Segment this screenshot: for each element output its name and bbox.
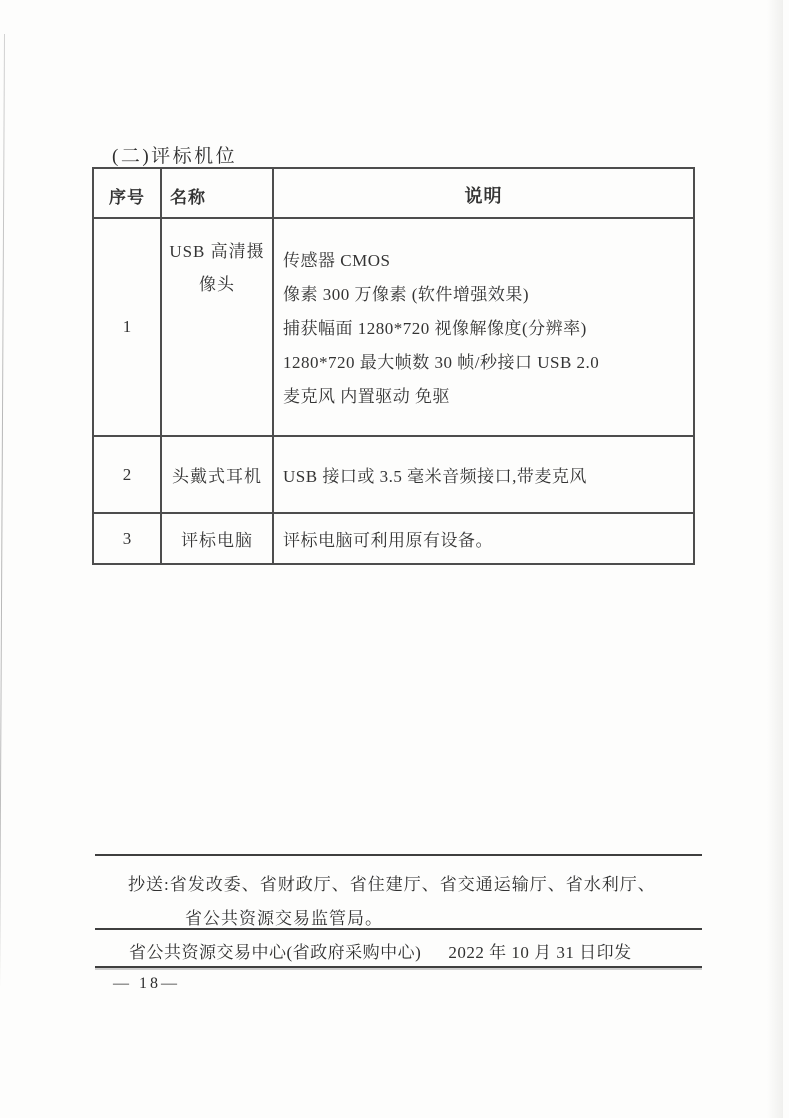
issue-line: 省公共资源交易中心(省政府采购中心) 2022 年 10 月 31 日印发 [129,938,689,963]
table-row: 1 USB 高清摄 像头 传感器 CMOS 像素 300 万像素 (软件增强效果… [93,218,694,436]
row1-desc-line4: 1280*720 最大帧数 30 帧/秒接口 USB 2.0 [283,346,693,380]
cc-line-1: 抄送:省发改委、省财政厅、省住建厅、省交通运输厅、省水利厅、 [128,870,656,895]
document-page: (二)评标机位 序号 名称 说明 1 USB 高清摄 像头 传感器 CMOS 像… [0,0,789,1118]
row1-desc: 传感器 CMOS 像素 300 万像素 (软件增强效果) 捕获幅面 1280*7… [273,218,694,436]
row3-name: 评标电脑 [161,513,273,564]
row1-name-line2: 像头 [162,268,272,301]
section-heading: (二)评标机位 [112,141,237,168]
page-number: — 18— [113,975,180,993]
row3-no: 3 [93,513,161,564]
cc-line-2: 省公共资源交易监管局。 [185,904,383,929]
row1-desc-line1: 传感器 CMOS [283,244,693,278]
cc-label: 抄送: [128,875,170,894]
row1-desc-line2: 像素 300 万像素 (软件增强效果) [283,278,693,312]
issue-date: 2022 年 10 月 31 日印发 [448,938,631,963]
footer-rule-bottom [95,966,702,968]
row2-desc: USB 接口或 3.5 毫米音频接口,带麦克风 [273,436,694,513]
row2-name: 头戴式耳机 [161,436,273,513]
row3-desc: 评标电脑可利用原有设备。 [273,513,694,564]
row1-no: 1 [93,218,161,436]
row1-name-line1: USB 高清摄 [162,235,272,268]
row1-desc-line5: 麦克风 内置驱动 免驱 [283,380,693,414]
row2-no: 2 [93,436,161,513]
header-cell-desc: 说明 [273,168,694,218]
cc-list-part1: 省发改委、省财政厅、省住建厅、省交通运输厅、省水利厅、 [170,875,656,894]
row1-name: USB 高清摄 像头 [161,218,273,436]
issuer-name: 省公共资源交易中心(省政府采购中心) [129,938,421,963]
table-header-row: 序号 名称 说明 [93,168,694,218]
footer-rule-middle [95,928,702,930]
header-cell-no: 序号 [93,168,161,218]
scan-artifact-right-band [767,0,783,1118]
spec-table: 序号 名称 说明 1 USB 高清摄 像头 传感器 CMOS 像素 300 万像… [92,167,695,565]
header-cell-name: 名称 [161,168,273,218]
table-row: 2 头戴式耳机 USB 接口或 3.5 毫米音频接口,带麦克风 [93,436,694,513]
scan-artifact-left-line [0,34,5,1108]
footer-rule-top [95,854,702,856]
table-row: 3 评标电脑 评标电脑可利用原有设备。 [93,513,694,564]
row1-desc-line3: 捕获幅面 1280*720 视像解像度(分辨率) [283,312,693,346]
